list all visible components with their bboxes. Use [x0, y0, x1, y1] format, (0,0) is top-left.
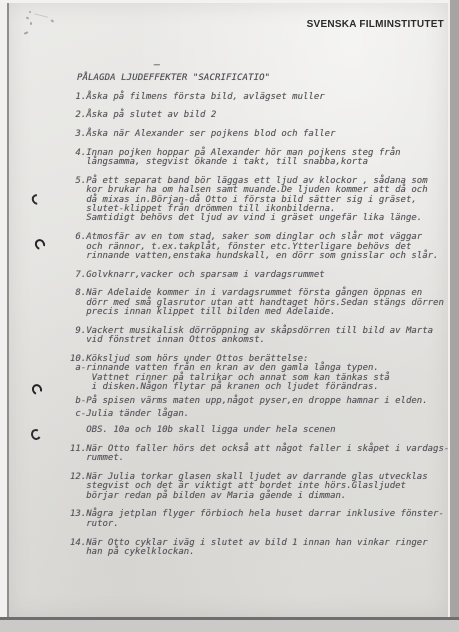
- typed-block: 3.Åska när Alexander ser pojkens blod oc…: [70, 130, 455, 139]
- typed-block: 4.Innan pojken hoppar på Alexander hör m…: [70, 149, 455, 168]
- typed-block: 1.Åska på filmens första bild, avlägset …: [70, 93, 455, 102]
- typed-block: 10.Köksljud som hörs under Ottos berätte…: [70, 355, 455, 393]
- pencil-scribble: [21, 8, 61, 42]
- document-page: SVENSKA FILMINSTITUTET — PÅLAGDA LJUDEFF…: [9, 3, 448, 617]
- typed-block: 11.När Otto faller hörs det också att nå…: [70, 445, 455, 464]
- punch-hole-icon: [30, 428, 43, 441]
- scanner-edge-left: [0, 0, 9, 632]
- dash-mark: —: [154, 61, 455, 70]
- typed-block: 5.På ett separat band bör läggas ett lju…: [70, 177, 455, 224]
- typed-block: OBS. 10a och 10b skall ligga under hela …: [70, 426, 455, 435]
- typed-block: b-På spisen värms maten upp,något pyser,…: [70, 397, 455, 406]
- typed-block: 6.Atmosfär av en tom stad, saker som din…: [70, 233, 455, 261]
- punch-hole-icon: [30, 192, 45, 207]
- scanner-edge-bottom: [0, 617, 459, 632]
- typed-block: 12.När Julia torkar glasen skall ljudet …: [70, 473, 455, 501]
- typed-document-body: — PÅLAGDA LJUDEFFEKTER "SACRIFICATIO" 1.…: [70, 60, 455, 557]
- typed-block: 14.När Otto cyklar iväg i slutet av bild…: [70, 539, 455, 558]
- typed-block: c-Julia tänder lågan.: [70, 410, 455, 419]
- typed-block: 13.Några jetplan flyger förbioch hela hu…: [70, 510, 455, 529]
- typed-block: 2.Åska på slutet av bild 2: [70, 111, 455, 120]
- typed-block: 8.När Adelaide kommer in i vardagsrummet…: [70, 289, 455, 317]
- institute-logo: SVENSKA FILMINSTITUTET: [307, 19, 444, 30]
- page-title: PÅLAGDA LJUDEFFEKTER "SACRIFICATIO": [70, 74, 455, 83]
- punch-hole-icon: [30, 382, 44, 396]
- typed-block: 9.Vackert musikalisk dörröppning av skåp…: [70, 327, 455, 346]
- sound-effect-list: 1.Åska på filmens första bild, avlägset …: [70, 93, 455, 558]
- punch-hole-icon: [33, 237, 47, 252]
- typed-block: 7.Golvknarr,vacker och sparsam i vardags…: [70, 271, 455, 280]
